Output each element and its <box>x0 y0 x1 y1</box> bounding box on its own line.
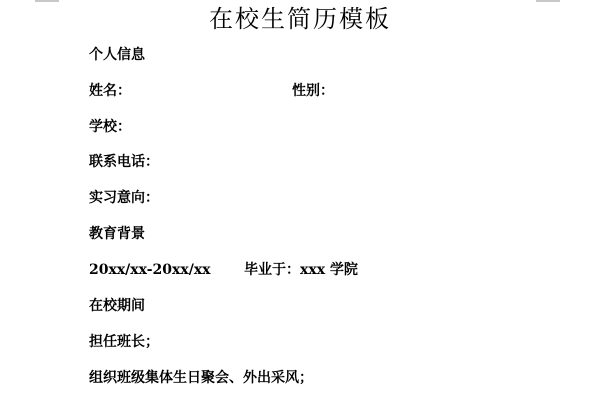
monitor-label: 担任班长； <box>89 332 159 352</box>
internship-label: 实习意向： <box>89 188 159 208</box>
phone-label: 联系电话： <box>89 152 159 172</box>
page-corner-mark-right <box>536 0 560 2</box>
section-school-period: 在校期间 <box>89 296 145 316</box>
school-label: 学校： <box>89 117 131 137</box>
graduated-from: 毕业于：xxx 学院 <box>244 260 358 280</box>
document-title: 在校生简历模板 <box>0 3 600 35</box>
activities-label: 组织班级集体生日聚会、外出采风； <box>89 368 313 388</box>
page-corner-mark-left <box>35 0 59 2</box>
section-personal-info: 个人信息 <box>89 45 145 65</box>
name-label: 姓名： <box>89 81 131 101</box>
section-education: 教育背景 <box>89 224 145 244</box>
gender-label: 性别： <box>292 81 334 101</box>
education-period: 20xx/xx-20xx/xx <box>89 260 211 280</box>
